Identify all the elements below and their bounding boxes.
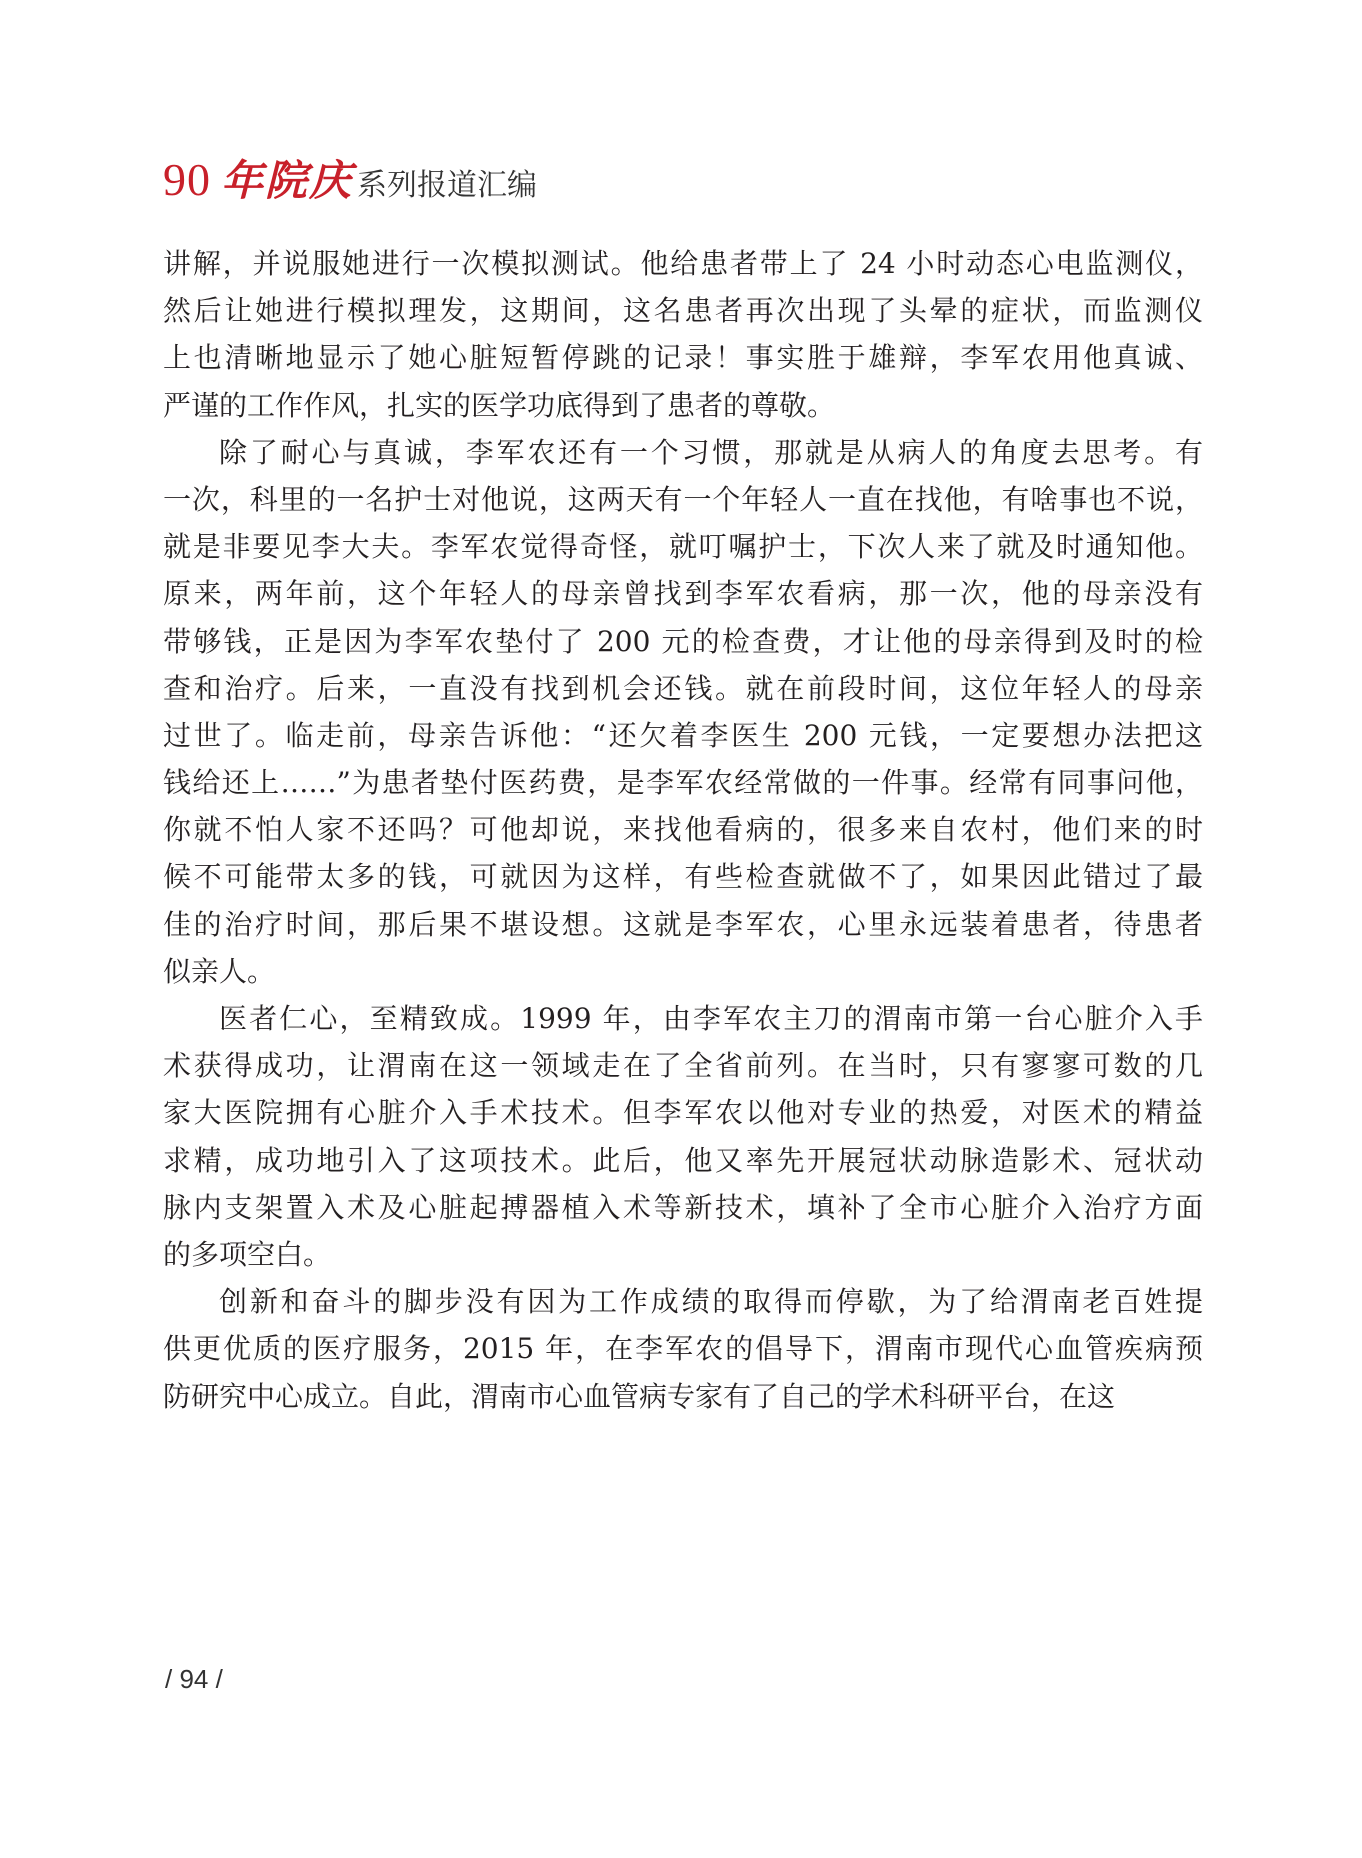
paragraph: 创新和奋斗的脚步没有因为工作成绩的取得而停歇，为了给渭南老百姓提供更优质的医疗服… — [163, 1278, 1203, 1420]
paragraph: 医者仁心，至精致成。1999 年，由李军农主刀的渭南市第一台心脏介入手术获得成功… — [163, 995, 1203, 1278]
header-calligraphy-title: 年院庆 — [221, 148, 353, 208]
paragraph: 除了耐心与真诚，李军农还有一个习惯，那就是从病人的角度去思考。有一次，科里的一名… — [163, 429, 1203, 995]
article-body: 讲解，并说服她进行一次模拟测试。他给患者带上了 24 小时动态心电监测仪，然后让… — [163, 240, 1203, 1420]
text-line: 候不可能带太多的钱，可就因为这样，有些检查就做不了，如果因此错过了最 — [163, 853, 1203, 900]
page-number: / 94 / — [165, 1664, 223, 1695]
text-line: 似亲人。 — [163, 948, 1203, 995]
text-line: 就是非要见李大夫。李军农觉得奇怪，就叮嘱护士，下次人来了就及时通知他。 — [163, 523, 1203, 570]
text-line: 求精，成功地引入了这项技术。此后，他又率先开展冠状动脉造影术、冠状动 — [163, 1137, 1203, 1184]
text-line: 过世了。临走前，母亲告诉他：“还欠着李医生 200 元钱，一定要想办法把这 — [163, 712, 1203, 759]
text-line: 严谨的工作作风，扎实的医学功底得到了患者的尊敬。 — [163, 382, 1203, 429]
header-subtitle: 系列报道汇编 — [357, 160, 537, 204]
text-line: 佳的治疗时间，那后果不堪设想。这就是李军农，心里永远装着患者，待患者 — [163, 901, 1203, 948]
text-line: 医者仁心，至精致成。1999 年，由李军农主刀的渭南市第一台心脏介入手 — [163, 995, 1203, 1042]
header-number: 90 — [163, 153, 211, 206]
text-line: 上也清晰地显示了她心脏短暂停跳的记录！事实胜于雄辩，李军农用他真诚、 — [163, 334, 1203, 381]
text-line: 然后让她进行模拟理发，这期间，这名患者再次出现了头晕的症状，而监测仪 — [163, 287, 1203, 334]
text-line: 带够钱，正是因为李军农垫付了 200 元的检查费，才让他的母亲得到及时的检 — [163, 618, 1203, 665]
text-line: 除了耐心与真诚，李军农还有一个习惯，那就是从病人的角度去思考。有 — [163, 429, 1203, 476]
paragraph: 讲解，并说服她进行一次模拟测试。他给患者带上了 24 小时动态心电监测仪，然后让… — [163, 240, 1203, 429]
text-line: 你就不怕人家不还吗？可他却说，来找他看病的，很多来自农村，他们来的时 — [163, 806, 1203, 853]
text-line: 供更优质的医疗服务，2015 年，在李军农的倡导下，渭南市现代心血管疾病预 — [163, 1325, 1203, 1372]
text-line: 原来，两年前，这个年轻人的母亲曾找到李军农看病，那一次，他的母亲没有 — [163, 570, 1203, 617]
text-line: 讲解，并说服她进行一次模拟测试。他给患者带上了 24 小时动态心电监测仪， — [163, 240, 1203, 287]
text-line: 防研究中心成立。自此，渭南市心血管病专家有了自己的学术科研平台，在这 — [163, 1373, 1203, 1420]
running-header: 90 年院庆 系列报道汇编 — [163, 148, 537, 208]
text-line: 查和治疗。后来，一直没有找到机会还钱。就在前段时间，这位年轻人的母亲 — [163, 665, 1203, 712]
text-line: 家大医院拥有心脏介入手术技术。但李军农以他对专业的热爱，对医术的精益 — [163, 1089, 1203, 1136]
text-line: 术获得成功，让渭南在这一领域走在了全省前列。在当时，只有寥寥可数的几 — [163, 1042, 1203, 1089]
text-line: 的多项空白。 — [163, 1231, 1203, 1278]
text-line: 创新和奋斗的脚步没有因为工作成绩的取得而停歇，为了给渭南老百姓提 — [163, 1278, 1203, 1325]
text-line: 脉内支架置入术及心脏起搏器植入术等新技术，填补了全市心脏介入治疗方面 — [163, 1184, 1203, 1231]
text-line: 钱给还上……”为患者垫付医药费，是李军农经常做的一件事。经常有同事问他， — [163, 759, 1203, 806]
text-line: 一次，科里的一名护士对他说，这两天有一个年轻人一直在找他，有啥事也不说， — [163, 476, 1203, 523]
